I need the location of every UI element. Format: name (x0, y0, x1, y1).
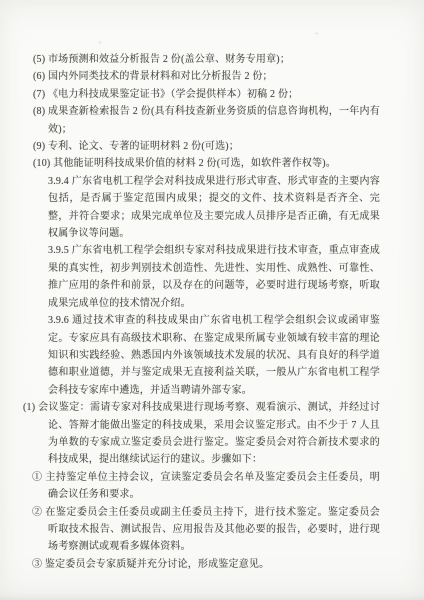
page-bottom-shade (0, 594, 424, 600)
step-item-2: ② 在鉴定委员会主任委员或副主任委员主持下，进行技术鉴定。鉴定委员会听取技术报告… (48, 504, 380, 556)
attachment-list-item-9: (9) 专利、论文、专著的证明材料 2 份(可选)； (48, 138, 380, 155)
section-3-9-6: 3.9.6 通过技术审查的科技成果由广东省电机工程学会组织会议或函审鉴定。专家应… (48, 312, 380, 399)
meeting-appraisal-item-1: (1) 会议鉴定：需请专家对科技成果进行现场考察、观看演示、测试，并经过讨论、答… (48, 399, 380, 469)
section-3-9-5: 3.9.5 广东省电机工程学会组织专家对科技成果进行技术审查，重点审查成果的真实… (48, 242, 380, 312)
document-page: + + (5) 市场预测和效益分析报告 2 份(盖公章、财务专用章)； (6) … (0, 0, 424, 600)
attachment-list-item-5: (5) 市场预测和效益分析报告 2 份(盖公章、财务专用章)； (48, 51, 380, 68)
attachment-list-item-6: (6) 国内外同类技术的背景材料和对比分析报告 2 份； (48, 68, 380, 85)
step-item-3: ③ 鉴定委员会专家质疑并充分讨论，形成鉴定意见。 (48, 556, 380, 573)
scan-speck: + (315, 31, 319, 38)
document-body-text: (5) 市场预测和效益分析报告 2 份(盖公章、财务专用章)； (6) 国内外同… (48, 51, 380, 573)
attachment-list-item-10: (10) 其他能证明科技成果价值的材料 2 份(可选，如软件著作权等)。 (48, 155, 380, 172)
attachment-list-item-7: (7) 《电力科技成果鉴定证书》（学会提供样本）初稿 2 份； (48, 86, 380, 103)
section-3-9-4: 3.9.4 广东省电机工程学会对科技成果进行形式审查、形式审查的主要内容包括，是… (48, 173, 380, 243)
attachment-list-item-8: (8) 成果查新检索报告 2 份(具有科技查新业务资质的信息咨询机构，一年内有效… (48, 103, 380, 138)
scan-speck: + (98, 40, 102, 47)
step-item-1: ① 主持鉴定单位主持会议，宣读鉴定委员会名单及鉴定委员会主任委员，明确会议任务和… (48, 469, 380, 504)
